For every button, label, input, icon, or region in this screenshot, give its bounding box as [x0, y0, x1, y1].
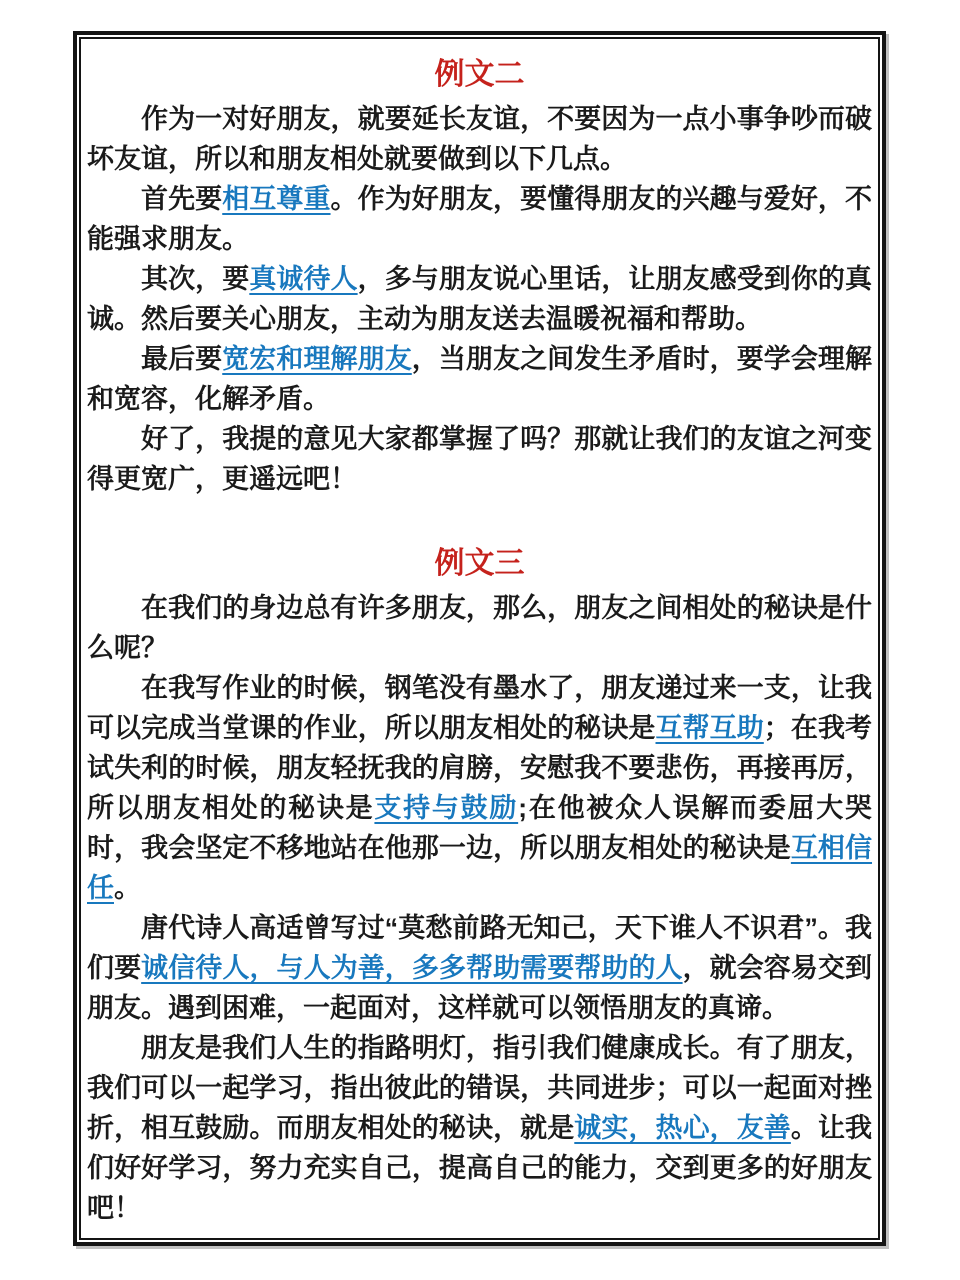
- highlighted-phrase: 支持与鼓励: [374, 793, 518, 823]
- paragraph: 在我写作业的时候，钢笔没有墨水了，朋友递过来一支，让我可以完成当堂课的作业，所以…: [87, 668, 872, 908]
- text-run: 好了，我提的意见大家都掌握了吗？那就让我们的友谊之河变得更宽广，更遥远吧！: [87, 424, 872, 494]
- highlighted-phrase: 相互尊重: [222, 184, 330, 214]
- highlighted-phrase: 宽宏和理解朋友: [222, 344, 412, 374]
- highlighted-phrase: 诚信待人，与人为善，多多帮助需要帮助的人: [141, 953, 682, 983]
- paragraph: 其次，要真诚待人，多与朋友说心里话，让朋友感受到你的真诚。然后要关心朋友，主动为…: [87, 259, 872, 339]
- paragraph: 好了，我提的意见大家都掌握了吗？那就让我们的友谊之河变得更宽广，更遥远吧！: [87, 419, 872, 499]
- text-run: 首先要: [141, 184, 222, 214]
- text-run: 。: [114, 873, 141, 903]
- text-run: 在我们的身边总有许多朋友，那么，朋友之间相处的秘诀是什么呢？: [87, 593, 872, 663]
- highlighted-phrase: 诚实，热心，友善: [574, 1113, 791, 1143]
- paragraph: 最后要宽宏和理解朋友，当朋友之间发生矛盾时，要学会理解和宽容，化解矛盾。: [87, 339, 872, 419]
- document-frame: 例文二作为一对好朋友，就要延长友谊，不要因为一点小事争吵而破坏友谊，所以和朋友相…: [73, 31, 886, 1246]
- text-run: 最后要: [141, 344, 222, 374]
- highlighted-phrase: 互帮互助: [656, 713, 764, 743]
- document-inner-frame: 例文二作为一对好朋友，就要延长友谊，不要因为一点小事争吵而破坏友谊，所以和朋友相…: [79, 37, 880, 1240]
- paragraph: 首先要相互尊重。作为好朋友，要懂得朋友的兴趣与爱好，不能强求朋友。: [87, 179, 872, 259]
- essay-document: 例文二作为一对好朋友，就要延长友谊，不要因为一点小事争吵而破坏友谊，所以和朋友相…: [87, 52, 872, 1228]
- section-title: 例文三: [87, 541, 872, 586]
- paragraph: 唐代诗人高适曾写过“莫愁前路无知己，天下谁人不识君”。我们要诚信待人，与人为善，…: [87, 908, 872, 1028]
- paragraph: 作为一对好朋友，就要延长友谊，不要因为一点小事争吵而破坏友谊，所以和朋友相处就要…: [87, 99, 872, 179]
- highlighted-phrase: 真诚待人: [249, 264, 357, 294]
- text-run: 其次，要: [141, 264, 249, 294]
- section-title: 例文二: [87, 52, 872, 97]
- text-run: 作为一对好朋友，就要延长友谊，不要因为一点小事争吵而破坏友谊，所以和朋友相处就要…: [87, 104, 872, 174]
- paragraph: 在我们的身边总有许多朋友，那么，朋友之间相处的秘诀是什么呢？: [87, 588, 872, 668]
- paragraph: 朋友是我们人生的指路明灯，指引我们健康成长。有了朋友，我们可以一起学习，指出彼此…: [87, 1028, 872, 1228]
- page: { "essay": { "sections": [ { "title": "例…: [0, 0, 960, 1280]
